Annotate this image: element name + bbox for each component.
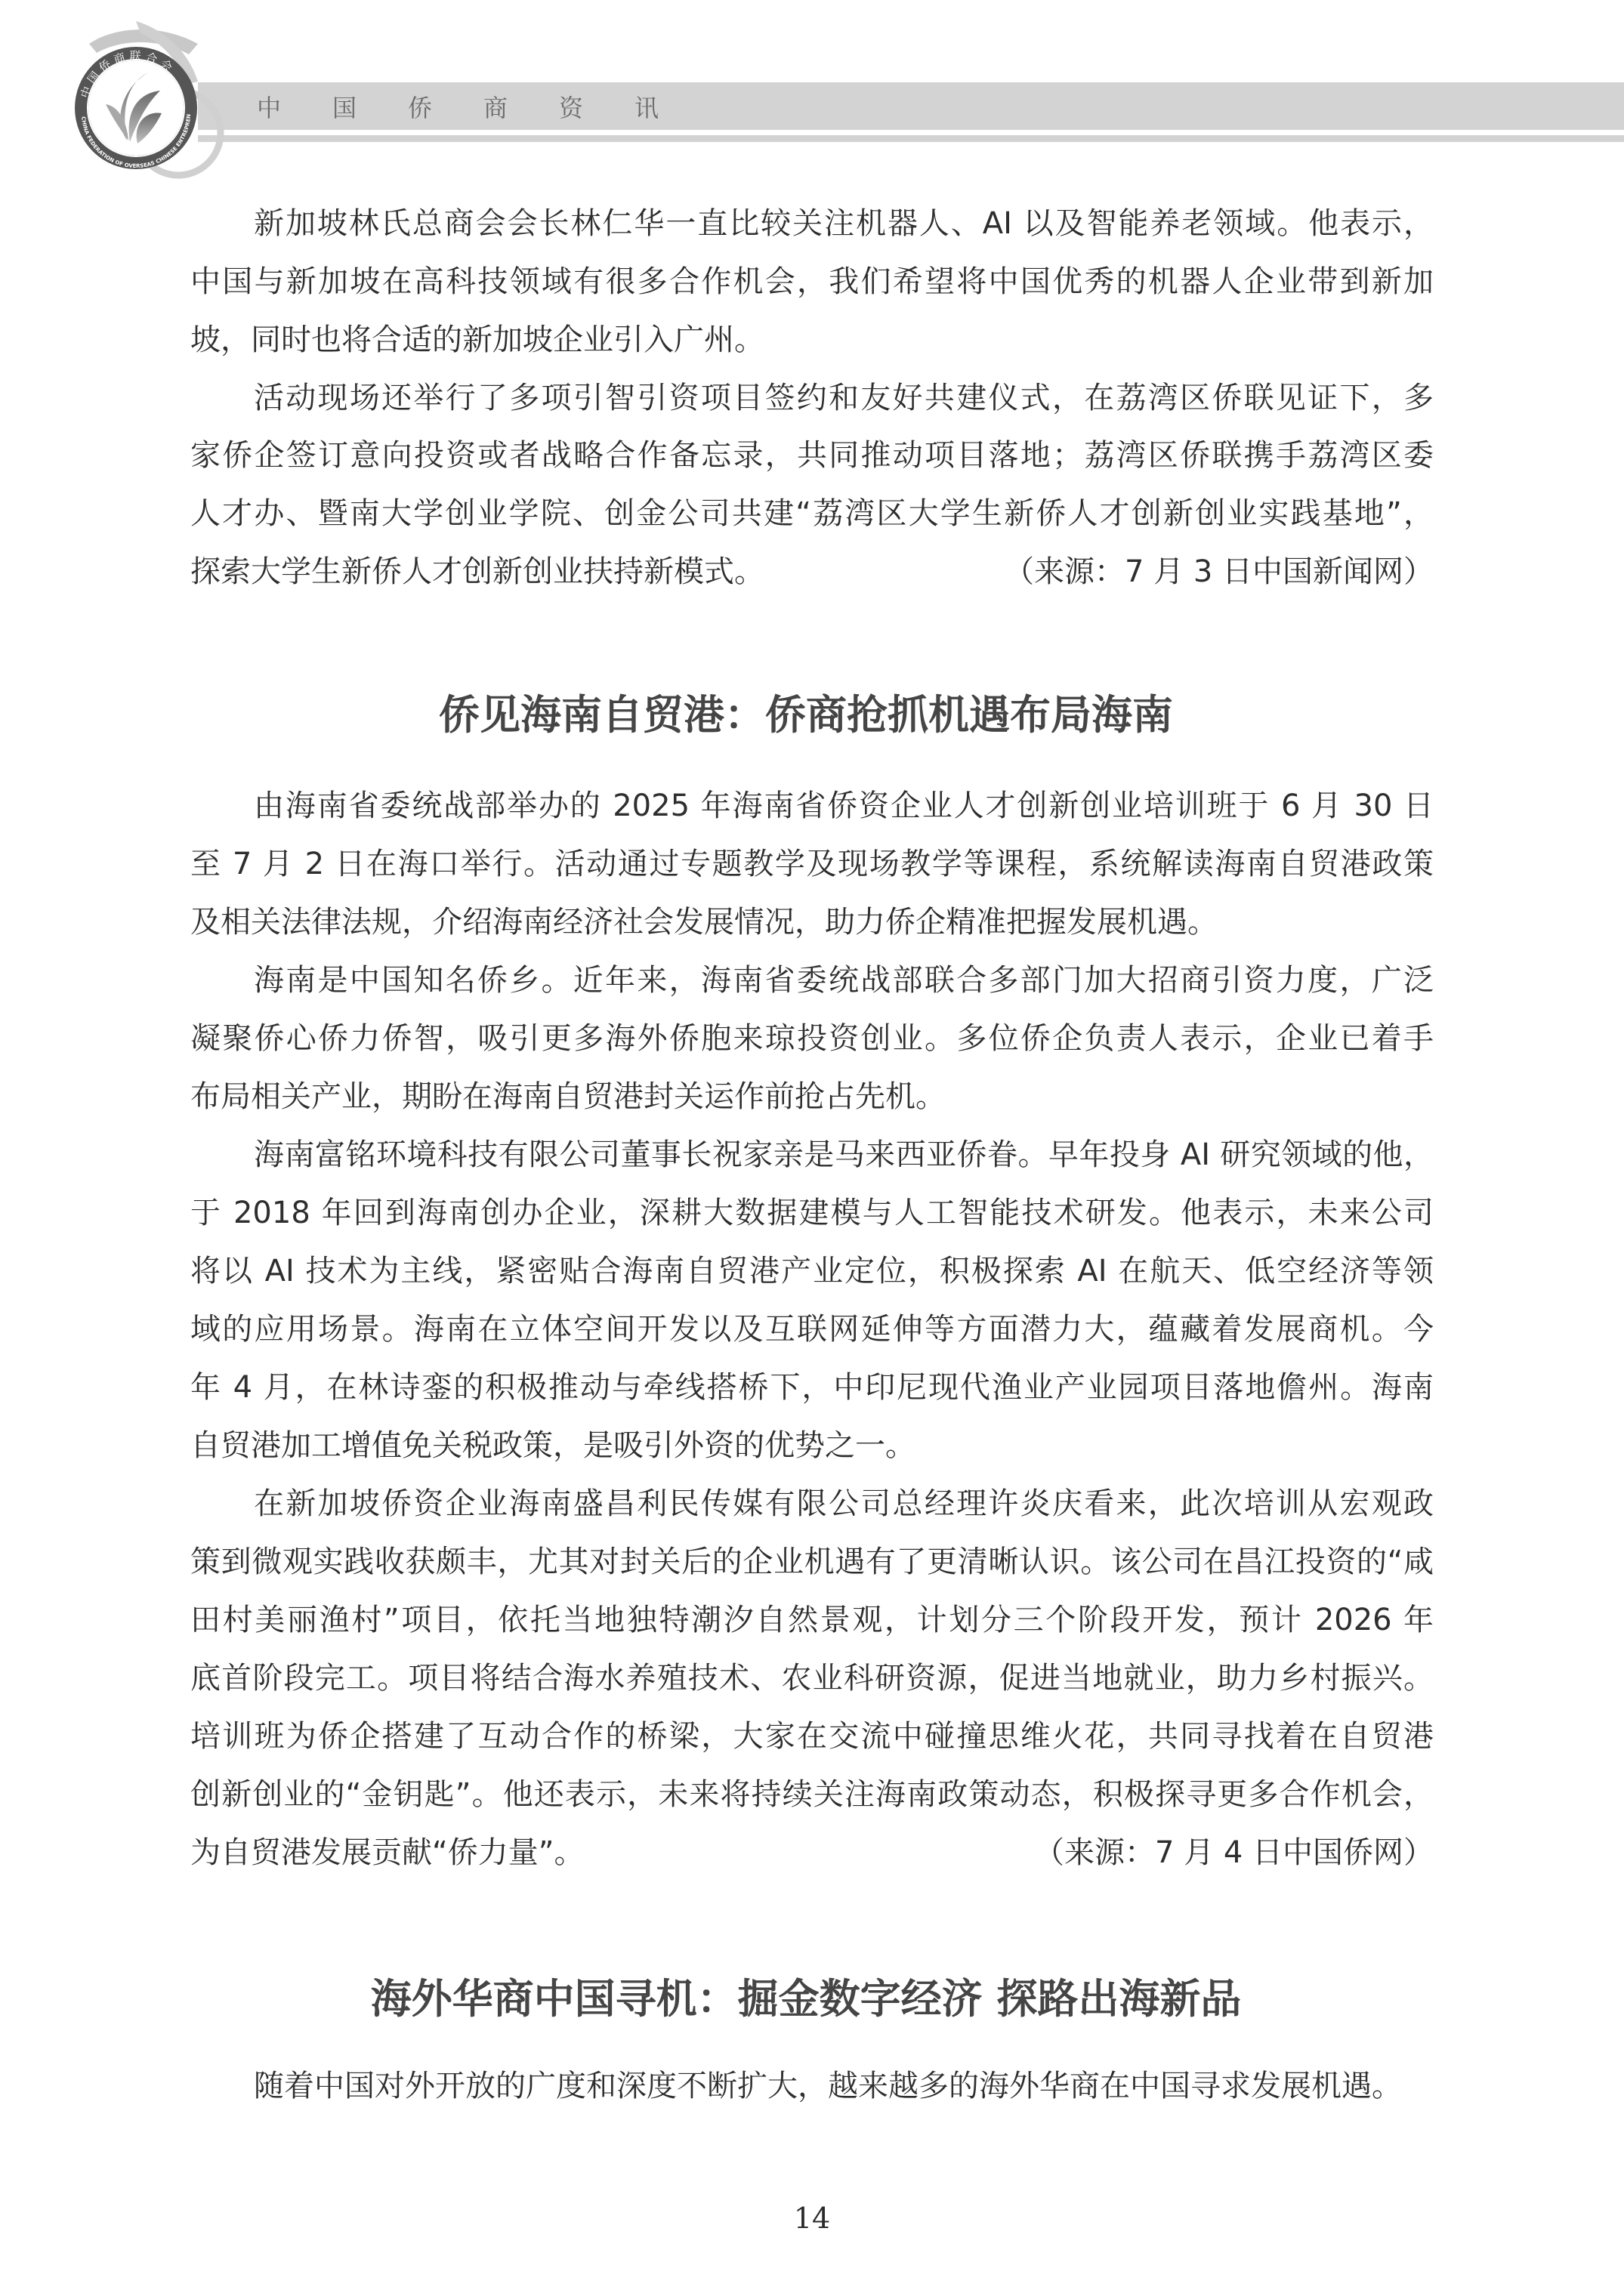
article-headline: 海外华商中国寻机：掘金数字经济 探路出海新品 bbox=[0, 1969, 1624, 2029]
body-text-line: 海南富铭环境科技有限公司董事长祝家亲是马来西亚侨眷。早年投身 AI 研究领域的他… bbox=[254, 1126, 1434, 1184]
body-text-line: 坡，同时也将合适的新加坡企业引入广州。 bbox=[190, 311, 1434, 369]
publication-title-char: 资 bbox=[559, 89, 634, 124]
source-citation: （来源：7 月 3 日中国新闻网） bbox=[1004, 543, 1434, 601]
source-citation: （来源：7 月 4 日中国侨网） bbox=[1034, 1824, 1434, 1882]
body-text-line: 底首阶段完工。项目将结合海水养殖技术、农业科研资源，促进当地就业，助力乡村振兴。 bbox=[190, 1650, 1434, 1708]
publication-title-char: 讯 bbox=[634, 89, 710, 124]
body-text-line: 域的应用场景。海南在立体空间开发以及互联网延伸等方面潜力大，蕴藏着发展商机。今 bbox=[190, 1301, 1434, 1359]
body-text-line: 人才办、暨南大学创业学院、创金公司共建“荔湾区大学生新侨人才创新创业实践基地”， bbox=[190, 485, 1434, 543]
body-text-line: 随着中国对外开放的广度和深度不断扩大，越来越多的海外华商在中国寻求发展机遇。 bbox=[254, 2057, 1434, 2116]
body-text-line: 在新加坡侨资企业海南盛昌利民传媒有限公司总经理许炎庆看来，此次培训从宏观政 bbox=[254, 1475, 1434, 1533]
body-text-line: 培训班为侨企搭建了互动合作的桥梁，大家在交流中碰撞思维火花，共同寻找着在自贸港 bbox=[190, 1708, 1434, 1766]
body-text-line: 至 7 月 2 日在海口举行。活动通过专题教学及现场教学等课程，系统解读海南自贸… bbox=[190, 835, 1434, 893]
article-headline-text: 海外华商中国寻机：掘金数字经济 探路出海新品 bbox=[371, 1969, 1242, 2029]
body-text-line: 及相关法律法规，介绍海南经济社会发展情况，助力侨企精准把握发展机遇。 bbox=[190, 893, 1434, 952]
page-number: 14 bbox=[0, 2199, 1624, 2237]
body-text-line: 海南是中国知名侨乡。近年来，海南省委统战部联合多部门加大招商引资力度，广泛 bbox=[254, 952, 1434, 1010]
body-text-line: 凝聚侨心侨力侨智，吸引更多海外侨胞来琼投资创业。多位侨企负责人表示，企业已着手 bbox=[190, 1010, 1434, 1068]
body-text-line: 田村美丽渔村”项目，依托当地独特潮汐自然景观，计划分三个阶段开发，预计 2026… bbox=[190, 1591, 1434, 1650]
body-text-line: 年 4 月，在林诗銮的积极推动与牵线搭桥下，中印尼现代渔业产业园项目落地儋州。海… bbox=[190, 1359, 1434, 1417]
body-text-line: 创新创业的“金钥匙”。他还表示，未来将持续关注海南政策动态，积极探寻更多合作机会… bbox=[190, 1766, 1434, 1824]
body-text-line: 布局相关产业，期盼在海南自贸港封关运作前抢占先机。 bbox=[190, 1068, 1434, 1126]
body-text-line: 于 2018 年回到海南创办企业，深耕大数据建模与人工智能技术研发。他表示，未来… bbox=[190, 1184, 1434, 1242]
publication-title-char: 商 bbox=[483, 89, 559, 124]
body-text-line: 活动现场还举行了多项引智引资项目签约和友好共建仪式，在荔湾区侨联见证下，多 bbox=[254, 369, 1434, 427]
publication-title-char: 国 bbox=[332, 89, 408, 124]
body-text-line: 家侨企签订意向投资或者战略合作备忘录，共同推动项目落地；荔湾区侨联携手荔湾区委 bbox=[190, 427, 1434, 485]
body-text-line: 由海南省委统战部举办的 2025 年海南省侨资企业人才创新创业培训班于 6 月 … bbox=[254, 777, 1434, 835]
publication-title: 中 国 侨 商 资 讯 bbox=[257, 82, 710, 130]
header-band-stripe bbox=[198, 135, 1624, 142]
body-text-line: 将以 AI 技术为主线，紧密贴合海南自贸港产业定位，积极探索 AI 在航天、低空… bbox=[190, 1242, 1434, 1301]
publication-title-char: 中 bbox=[257, 89, 332, 124]
publication-title-char: 侨 bbox=[408, 89, 483, 124]
body-text-line: 策到微观实践收获颇丰，尤其对封关后的企业机遇有了更清晰认识。该公司在昌江投资的“… bbox=[190, 1533, 1434, 1591]
article-headline-text: 侨见海南自贸港：侨商抢抓机遇布局海南 bbox=[439, 685, 1173, 745]
article-headline: 侨见海南自贸港：侨商抢抓机遇布局海南 bbox=[0, 685, 1624, 745]
body-text-line: 新加坡林氏总商会会长林仁华一直比较关注机器人、AI 以及智能养老领域。他表示， bbox=[254, 195, 1434, 253]
page-header: 中国侨商联合会 CHINA FEDERATION OF OVERSEAS CHI… bbox=[0, 0, 1624, 181]
body-text-line: 自贸港加工增值免关税政策，是吸引外资的优势之一。 bbox=[190, 1417, 1434, 1475]
body-text-line: 中国与新加坡在高科技领域有很多合作机会，我们希望将中国优秀的机器人企业带到新加 bbox=[190, 253, 1434, 311]
emblem-logo-icon: 中国侨商联合会 CHINA FEDERATION OF OVERSEAS CHI… bbox=[45, 8, 257, 189]
